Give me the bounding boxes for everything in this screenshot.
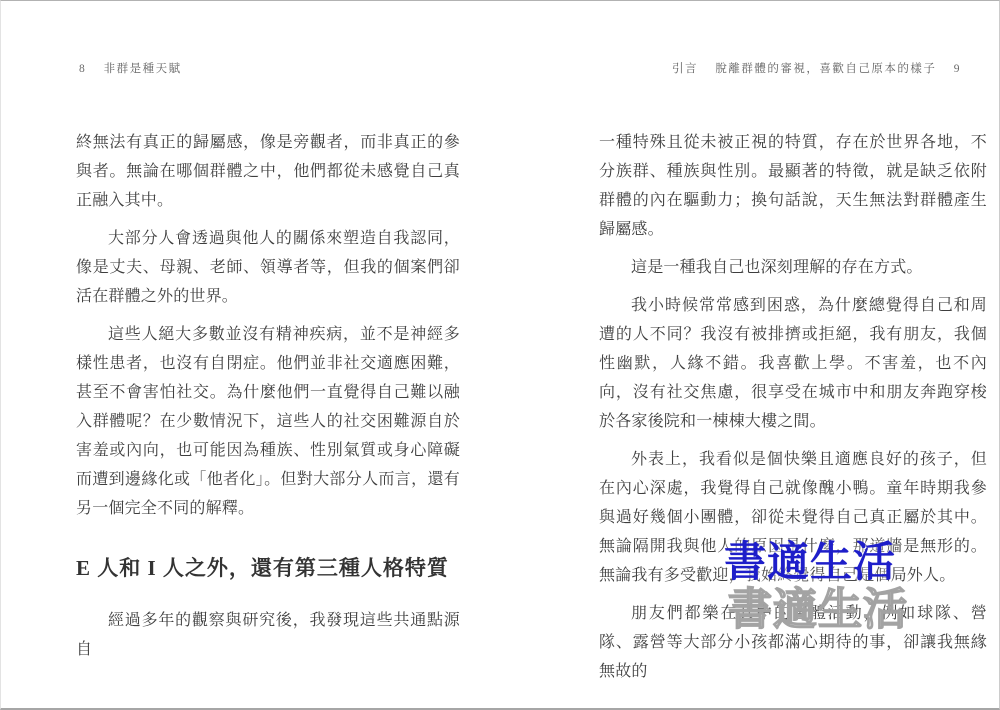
- running-head-left: 8 非群是種天賦: [79, 60, 182, 76]
- body-paragraph: 大部分人會透過與他人的關係來塑造自我認同，像是丈夫、母親、老師、領導者等，但我的…: [76, 224, 460, 311]
- body-paragraph: 這是一種我自己也深刻理解的存在方式。: [599, 253, 987, 282]
- body-paragraph: 經過多年的觀察與研究後，我發現這些共通點源自: [76, 606, 460, 664]
- watermark-shadow-text: 書適生活: [728, 573, 908, 637]
- body-paragraph: 終無法有真正的歸屬感，像是旁觀者，而非真正的參與者。無論在哪個群體之中，他們都從…: [76, 128, 460, 215]
- left-page-paragraphs-after-heading: 經過多年的觀察與研究後，我發現這些共通點源自: [76, 606, 460, 664]
- running-head-right: 引言 脫離群體的審視，喜歡自己原本的樣子 9: [599, 60, 961, 76]
- left-page-paragraphs: 終無法有真正的歸屬感，像是旁觀者，而非真正的參與者。無論在哪個群體之中，他們都從…: [76, 128, 460, 523]
- page-number-left: 8: [79, 63, 86, 75]
- body-paragraph: 一種特殊且從未被正視的特質，存在於世界各地，不分族群、種族與性別。最顯著的特徵，…: [599, 128, 987, 244]
- running-title-right: 脫離群體的審視，喜歡自己原本的樣子: [715, 63, 936, 75]
- body-paragraph: 這些人絕大多數並沒有精神疾病，並不是神經多樣性患者，也沒有自閉症。他們並非社交適…: [76, 320, 460, 523]
- section-heading: E 人和 I 人之外，還有第三種人格特質: [76, 554, 460, 583]
- left-page-text-column: 終無法有真正的歸屬感，像是旁觀者，而非真正的參與者。無論在哪個群體之中，他們都從…: [76, 128, 460, 673]
- running-title-left: 非群是種天賦: [104, 63, 182, 75]
- book-spread: 8 非群是種天賦 引言 脫離群體的審視，喜歡自己原本的樣子 9 終無法有真正的歸…: [0, 0, 1000, 710]
- running-section-right: 引言: [672, 63, 698, 75]
- page-number-right: 9: [954, 63, 961, 75]
- body-paragraph: 我小時候常常感到困惑，為什麼總覺得自己和周遭的人不同？我沒有被排擠或拒絕，我有朋…: [599, 291, 987, 436]
